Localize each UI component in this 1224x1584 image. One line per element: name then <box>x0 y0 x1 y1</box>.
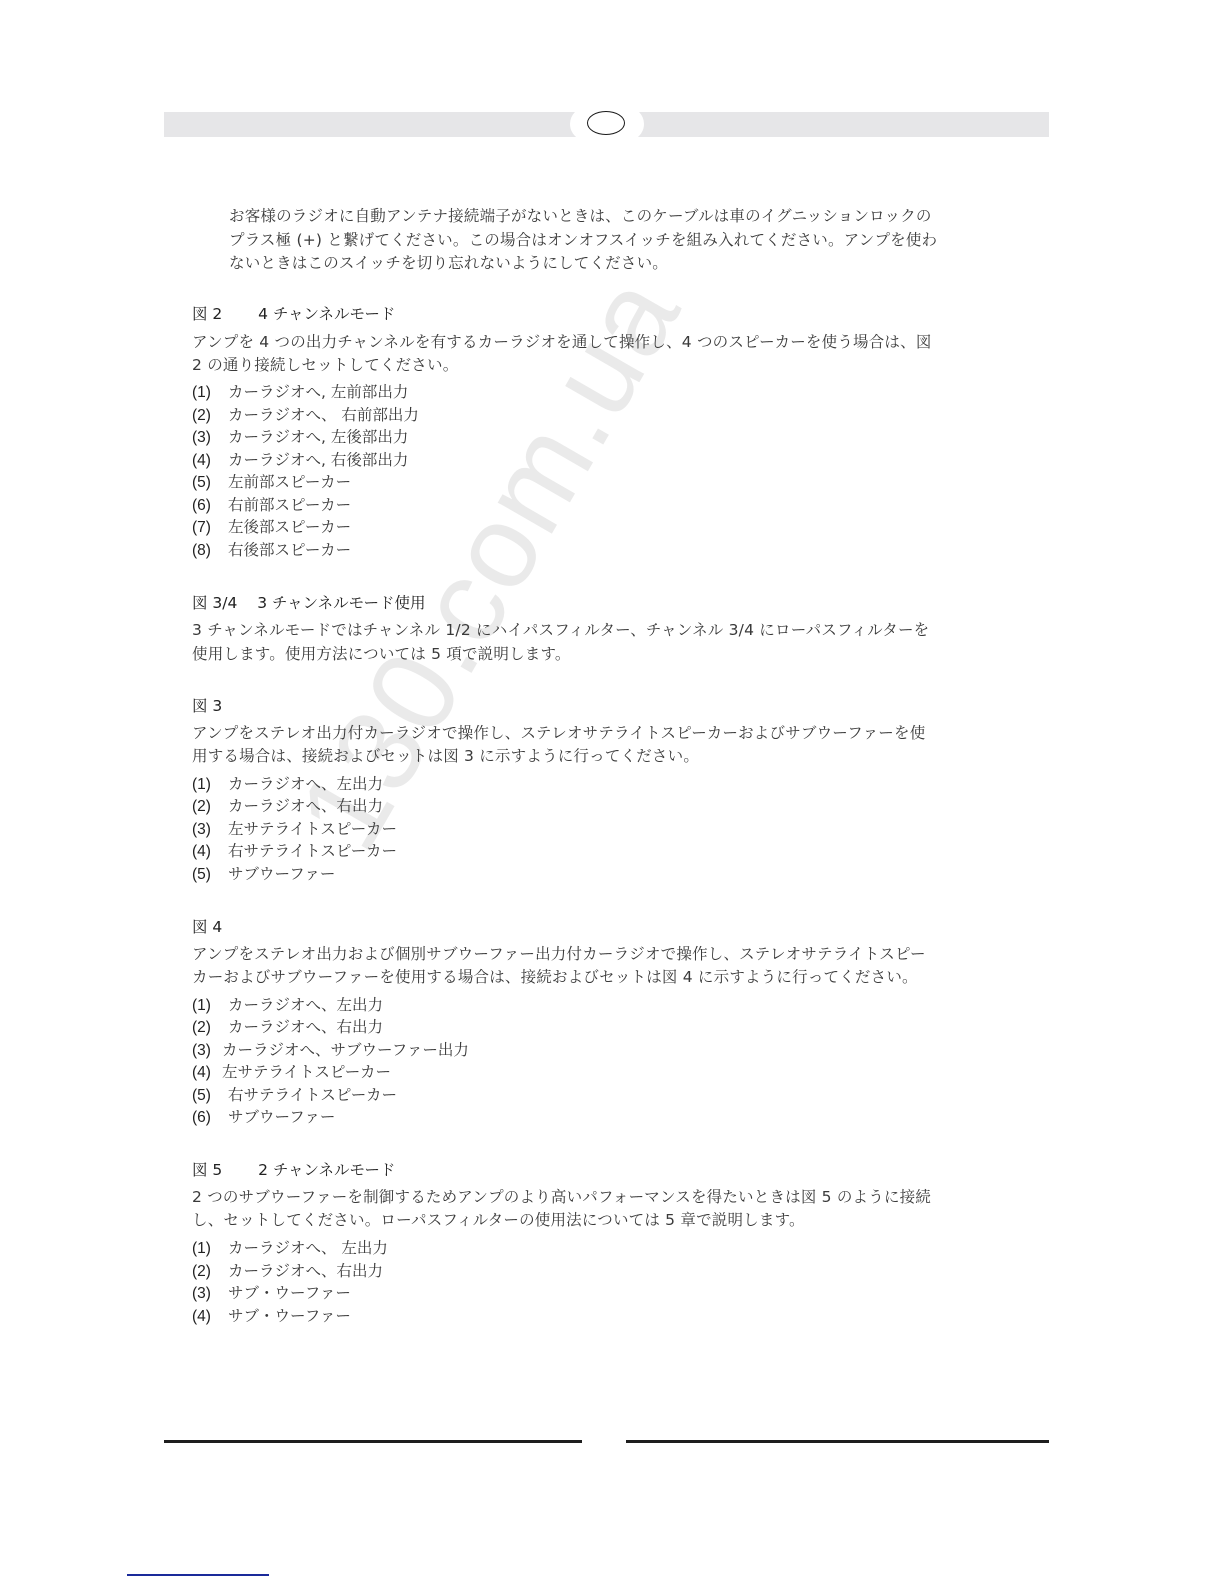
list-item: (8)右後部スピーカー <box>192 539 351 562</box>
section-para-line: し、セットしてください。ローパスフィルターの使用法については 5 章で説明します… <box>192 1209 805 1232</box>
link-underline[interactable] <box>127 1574 269 1576</box>
section-title: 2 チャンネルモード <box>258 1161 395 1179</box>
oval-outline-icon <box>587 111 625 135</box>
list-item: (4)左サテライトスピーカー <box>192 1061 391 1084</box>
fig-label: 図 3/4 <box>192 594 237 612</box>
fig-label: 図 3 <box>192 697 222 715</box>
intro-line-1: お客様のラジオに自動アンテナ接続端子がないときは、このケーブルは車のイグニッショ… <box>229 205 932 228</box>
section-heading-fig4: 図 4 <box>192 916 222 939</box>
fig-label: 図 4 <box>192 918 222 936</box>
list-item: (4)カーラジオへ, 右後部出力 <box>192 449 408 472</box>
list-item: (5)サブウーファー <box>192 863 335 886</box>
list-item: (6)サブウーファー <box>192 1106 335 1129</box>
list-item: (1)カーラジオへ、左出力 <box>192 994 383 1017</box>
section-para-line: カーおよびサブウーファーを使用する場合は、接続およびセットは図 4 に示すように… <box>192 966 918 989</box>
fig-label: 図 2 <box>192 305 222 323</box>
list-item: (7)左後部スピーカー <box>192 516 351 539</box>
list-item: (3)カーラジオへ, 左後部出力 <box>192 426 408 449</box>
section-heading-fig2: 図 2 4 チャンネルモード <box>192 303 395 326</box>
fig-label: 図 5 <box>192 1161 222 1179</box>
list-item: (6)右前部スピーカー <box>192 494 351 517</box>
list-item: (5)左前部スピーカー <box>192 471 351 494</box>
section-heading-fig3-4: 図 3/4 3 チャンネルモード使用 <box>192 592 426 615</box>
footer-rule-right <box>626 1440 1049 1443</box>
section-para-line: 2 つのサブウーファーを制御するためアンプのより高いパフォーマンスを得たいときは… <box>192 1186 931 1209</box>
list-item: (2)カーラジオへ、 右前部出力 <box>192 404 419 427</box>
list-item: (1)カーラジオへ、左出力 <box>192 773 383 796</box>
section-para-line: アンプを 4 つの出力チャンネルを有するカーラジオを通して操作し、4 つのスピー… <box>192 331 932 354</box>
section-heading-fig3: 図 3 <box>192 695 222 718</box>
list-item: (4)サブ・ウーファー <box>192 1305 351 1328</box>
section-para-line: 3 チャンネルモードではチャンネル 1/2 にハイパスフィルター、チャンネル 3… <box>192 619 929 642</box>
list-item: (2)カーラジオへ、右出力 <box>192 795 383 818</box>
section-para-line: アンプをステレオ出力付カーラジオで操作し、ステレオサテライトスピーカーおよびサブ… <box>192 722 925 745</box>
intro-line-2: プラス極 (+) と繋げてください。この場合はオンオフスイッチを組み入れてくださ… <box>229 229 937 252</box>
list-item: (3)左サテライトスピーカー <box>192 818 397 841</box>
section-heading-fig5: 図 5 2 チャンネルモード <box>192 1159 395 1182</box>
list-item: (3)カーラジオへ、サブウーファー出力 <box>192 1039 469 1062</box>
section-para-line: アンプをステレオ出力および個別サブウーファー出力付カーラジオで操作し、ステレオサ… <box>192 943 926 966</box>
section-para-line: 2 の通り接続しセットしてください。 <box>192 354 458 377</box>
section-title: 4 チャンネルモード <box>258 305 395 323</box>
footer-rule-left <box>164 1440 582 1443</box>
list-item: (1)カーラジオへ、 左出力 <box>192 1237 388 1260</box>
list-item: (5)右サテライトスピーカー <box>192 1084 397 1107</box>
list-item: (4)右サテライトスピーカー <box>192 840 397 863</box>
intro-line-3: ないときはこのスイッチを切り忘れないようにしてください。 <box>229 252 668 275</box>
list-item: (2)カーラジオへ、右出力 <box>192 1016 383 1039</box>
list-item: (2)カーラジオへ、右出力 <box>192 1260 383 1283</box>
section-para-line: 使用します。使用方法については 5 項で説明します。 <box>192 643 571 666</box>
list-item: (3)サブ・ウーファー <box>192 1282 351 1305</box>
section-title: 3 チャンネルモード使用 <box>257 594 425 612</box>
list-item: (1)カーラジオへ, 左前部出力 <box>192 381 408 404</box>
section-para-line: 用する場合は、接続およびセットは図 3 に示すように行ってください。 <box>192 745 699 768</box>
